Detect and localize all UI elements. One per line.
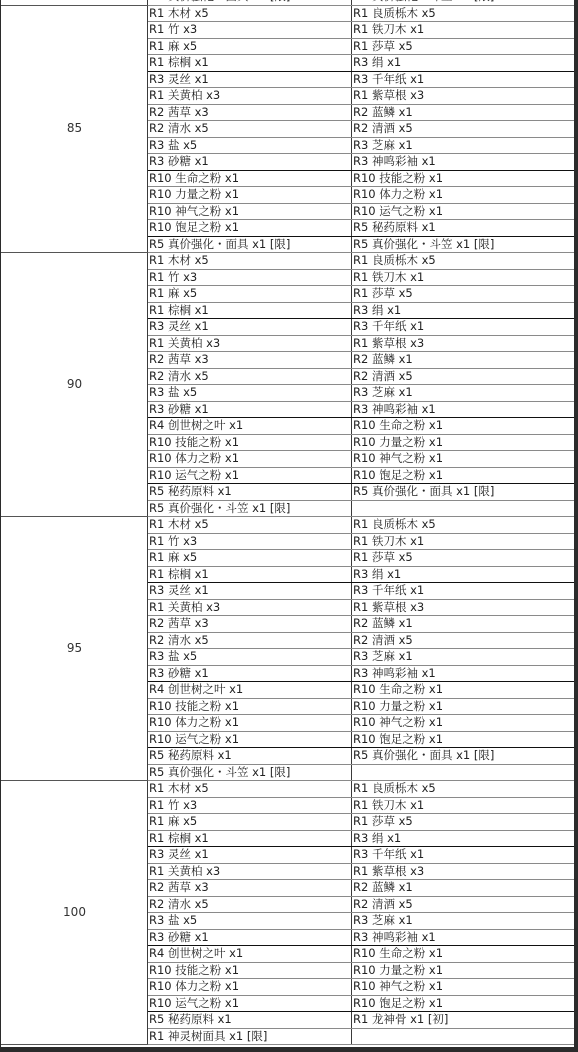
- material-cell-left: R1 麻 x5: [148, 38, 352, 55]
- material-cell-right: R10 力量之粉 x1: [352, 434, 575, 451]
- material-cell-left: R3 灵丝 x1: [148, 71, 352, 88]
- material-cell-right: R3 千年纸 x1: [352, 847, 575, 864]
- material-cell-left: R1 棕榈 x1: [148, 55, 352, 72]
- material-cell-right: R1 良质栎木 x5: [352, 253, 575, 270]
- material-cell-left: R1 木材 x5: [148, 5, 352, 22]
- material-cell-left: R5 秘药原料 x1: [148, 1012, 352, 1029]
- material-cell-right: R2 蓝鳞 x1: [352, 104, 575, 121]
- material-cell-left: R1 木材 x5: [148, 253, 352, 270]
- material-cell-right: R1 莎草 x5: [352, 286, 575, 303]
- material-cell-right: R2 蓝鳞 x1: [352, 352, 575, 369]
- material-cell-left: R1 关黄柏 x3: [148, 863, 352, 880]
- material-cell-left: R3 砂糖 x1: [148, 665, 352, 682]
- material-cell-right: R5 真价强化・斗笠 x1 [限]: [352, 236, 575, 253]
- material-cell-left: R1 木材 x5: [148, 517, 352, 534]
- material-cell-left: R4 创世树之叶 x1: [148, 682, 352, 699]
- material-cell-right: R3 千年纸 x1: [352, 71, 575, 88]
- material-cell-left: R5 秘药原料 x1: [148, 748, 352, 765]
- material-cell-right: R3 绢 x1: [352, 302, 575, 319]
- material-cell-right: R1 良质栎木 x5: [352, 5, 575, 22]
- material-cell-left: R1 棕榈 x1: [148, 566, 352, 583]
- material-cell-right: R10 运气之粉 x1: [352, 203, 575, 220]
- material-cell-right: R3 神鸣彩袖 x1: [352, 929, 575, 946]
- material-cell-right: R1 铁刀木 x1: [352, 797, 575, 814]
- material-cell-right: R10 生命之粉 x1: [352, 418, 575, 435]
- material-cell-left: R10 体力之粉 x1: [148, 451, 352, 468]
- material-cell-left: R10 饱足之粉 x1: [148, 220, 352, 237]
- material-cell-left: R3 盐 x5: [148, 385, 352, 402]
- material-cell-left: R1 麻 x5: [148, 286, 352, 303]
- material-cell-right: R10 神气之粉 x1: [352, 979, 575, 996]
- left-border: [0, 0, 1, 1052]
- bottom-border: [0, 1047, 578, 1052]
- material-cell-left: R1 棕榈 x1: [148, 302, 352, 319]
- material-cell-right: R1 莎草 x5: [352, 550, 575, 567]
- material-cell-right: R5 真价强化・面具 x1 [限]: [352, 484, 575, 501]
- material-cell-left: R3 砂糖 x1: [148, 929, 352, 946]
- material-cell-right: R3 神鸣彩袖 x1: [352, 401, 575, 418]
- material-cell-left: R2 茜草 x3: [148, 104, 352, 121]
- material-cell-left: R1 竹 x3: [148, 797, 352, 814]
- material-cell-right: R10 生命之粉 x1: [352, 946, 575, 963]
- material-cell-right: R10 力量之粉 x1: [352, 698, 575, 715]
- material-cell-right: R3 神鸣彩袖 x1: [352, 154, 575, 171]
- material-cell-left: R5 真价强化・斗笠 x1 [限]: [148, 500, 352, 517]
- table-row: 100R1 木材 x5R1 良质栎木 x5: [1, 781, 575, 798]
- material-cell-right: R2 清酒 x5: [352, 368, 575, 385]
- material-cell-right: R1 紫草根 x3: [352, 599, 575, 616]
- table-row: 85R1 木材 x5R1 良质栎木 x5: [1, 5, 575, 22]
- material-cell-right: R1 紫草根 x3: [352, 88, 575, 105]
- material-cell-right: [352, 500, 575, 517]
- material-cell-left: R1 竹 x3: [148, 533, 352, 550]
- material-cell-left: R3 灵丝 x1: [148, 583, 352, 600]
- material-cell-right: R3 芝麻 x1: [352, 385, 575, 402]
- material-cell-left: R10 体力之粉 x1: [148, 979, 352, 996]
- material-cell-right: R3 芝麻 x1: [352, 649, 575, 666]
- material-cell-left: R10 体力之粉 x1: [148, 715, 352, 732]
- material-cell-right: R1 铁刀木 x1: [352, 533, 575, 550]
- material-cell-right: R10 饱足之粉 x1: [352, 467, 575, 484]
- material-cell-left: R10 神气之粉 x1: [148, 203, 352, 220]
- material-cell-left: R3 灵丝 x1: [148, 319, 352, 336]
- material-cell-left: R2 清水 x5: [148, 632, 352, 649]
- material-cell-right: R10 力量之粉 x1: [352, 962, 575, 979]
- material-cell-left: R1 棕榈 x1: [148, 830, 352, 847]
- material-cell-left: R10 运气之粉 x1: [148, 995, 352, 1012]
- material-cell-right: R1 莎草 x5: [352, 38, 575, 55]
- table-row: 95R1 木材 x5R1 良质栎木 x5: [1, 517, 575, 534]
- material-cell-left: R3 砂糖 x1: [148, 401, 352, 418]
- material-cell-right: R5 秘药原料 x1: [352, 220, 575, 237]
- material-cell-right: R3 芝麻 x1: [352, 913, 575, 930]
- material-cell-left: R10 技能之粉 x1: [148, 962, 352, 979]
- material-cell-right: R3 绢 x1: [352, 830, 575, 847]
- material-cell-right: R10 饱足之粉 x1: [352, 995, 575, 1012]
- material-cell-right: R3 千年纸 x1: [352, 583, 575, 600]
- material-cell-right: R1 龙神骨 x1 [初]: [352, 1012, 575, 1029]
- material-cell-left: R1 麻 x5: [148, 814, 352, 831]
- table-row: 90R1 木材 x5R1 良质栎木 x5: [1, 253, 575, 270]
- level-cell: 95: [1, 517, 148, 781]
- material-cell-left: R2 茜草 x3: [148, 616, 352, 633]
- material-cell-left: R3 盐 x5: [148, 137, 352, 154]
- material-cell-left: R1 麻 x5: [148, 550, 352, 567]
- material-cell-right: R10 技能之粉 x1: [352, 170, 575, 187]
- material-cell-left: R1 关黄柏 x3: [148, 335, 352, 352]
- material-cell-left: R10 运气之粉 x1: [148, 731, 352, 748]
- materials-table: R5 真价强化・面具 x1 [限] R5 真价强化・斗笠 x1 [限] 85R1…: [0, 0, 575, 1045]
- material-cell-right: R10 体力之粉 x1: [352, 187, 575, 204]
- material-cell-right: R10 饱足之粉 x1: [352, 731, 575, 748]
- material-cell-right: R10 神气之粉 x1: [352, 451, 575, 468]
- material-cell-left: R4 创世树之叶 x1: [148, 946, 352, 963]
- material-cell-left: R2 茜草 x3: [148, 352, 352, 369]
- material-cell-right: R2 蓝鳞 x1: [352, 880, 575, 897]
- material-cell-left: R10 技能之粉 x1: [148, 698, 352, 715]
- material-cell-right: R3 千年纸 x1: [352, 319, 575, 336]
- material-cell-left: R5 真价强化・斗笠 x1 [限]: [148, 764, 352, 781]
- material-cell-left: R10 生命之粉 x1: [148, 170, 352, 187]
- material-cell-right: R1 良质栎木 x5: [352, 517, 575, 534]
- material-cell-left: R5 秘药原料 x1: [148, 484, 352, 501]
- material-cell-right: R2 清酒 x5: [352, 632, 575, 649]
- material-cell-right: R1 莎草 x5: [352, 814, 575, 831]
- material-cell-left: R1 木材 x5: [148, 781, 352, 798]
- material-cell-right: [352, 764, 575, 781]
- material-cell-right: R5 真价强化・面具 x1 [限]: [352, 748, 575, 765]
- material-cell-left: R5 真价强化・面具 x1 [限]: [148, 236, 352, 253]
- level-cell: 100: [1, 781, 148, 1045]
- material-cell-right: R3 绢 x1: [352, 566, 575, 583]
- material-cell-left: R10 技能之粉 x1: [148, 434, 352, 451]
- level-cell: 85: [1, 5, 148, 253]
- material-cell-left: R1 竹 x3: [148, 269, 352, 286]
- material-cell-left: R2 清水 x5: [148, 368, 352, 385]
- material-cell-left: R10 力量之粉 x1: [148, 187, 352, 204]
- material-cell-right: R10 生命之粉 x1: [352, 682, 575, 699]
- material-cell-left: R4 创世树之叶 x1: [148, 418, 352, 435]
- material-cell-right: R1 铁刀木 x1: [352, 269, 575, 286]
- material-cell-left: R2 清水 x5: [148, 121, 352, 138]
- material-cell-left: R3 灵丝 x1: [148, 847, 352, 864]
- material-cell-left: R1 关黄柏 x3: [148, 599, 352, 616]
- right-border: [574, 0, 578, 1052]
- material-cell-left: R10 运气之粉 x1: [148, 467, 352, 484]
- material-cell-right: R1 紫草根 x3: [352, 863, 575, 880]
- materials-table-body: R5 真价强化・面具 x1 [限] R5 真价强化・斗笠 x1 [限] 85R1…: [1, 0, 575, 1045]
- material-cell-left: R3 盐 x5: [148, 913, 352, 930]
- materials-table-sheet: R5 真价强化・面具 x1 [限] R5 真价强化・斗笠 x1 [限] 85R1…: [0, 0, 574, 1045]
- material-cell-right: R1 良质栎木 x5: [352, 781, 575, 798]
- material-cell-right: R1 紫草根 x3: [352, 335, 575, 352]
- material-cell-left: R2 茜草 x3: [148, 880, 352, 897]
- material-cell-left: R1 神灵树面具 x1 [限]: [148, 1028, 352, 1045]
- material-cell-right: R10 神气之粉 x1: [352, 715, 575, 732]
- material-cell-left: R3 砂糖 x1: [148, 154, 352, 171]
- level-cell: 90: [1, 253, 148, 517]
- material-cell-right: R3 芝麻 x1: [352, 137, 575, 154]
- material-cell-left: R1 竹 x3: [148, 22, 352, 39]
- material-cell-left: R1 关黄柏 x3: [148, 88, 352, 105]
- material-cell-right: R3 绢 x1: [352, 55, 575, 72]
- material-cell-right: R2 清酒 x5: [352, 121, 575, 138]
- material-cell-right: R2 蓝鳞 x1: [352, 616, 575, 633]
- material-cell-right: R2 清酒 x5: [352, 896, 575, 913]
- material-cell-left: R2 清水 x5: [148, 896, 352, 913]
- material-cell-right: [352, 1028, 575, 1045]
- material-cell-right: R3 神鸣彩袖 x1: [352, 665, 575, 682]
- material-cell-right: R1 铁刀木 x1: [352, 22, 575, 39]
- material-cell-left: R3 盐 x5: [148, 649, 352, 666]
